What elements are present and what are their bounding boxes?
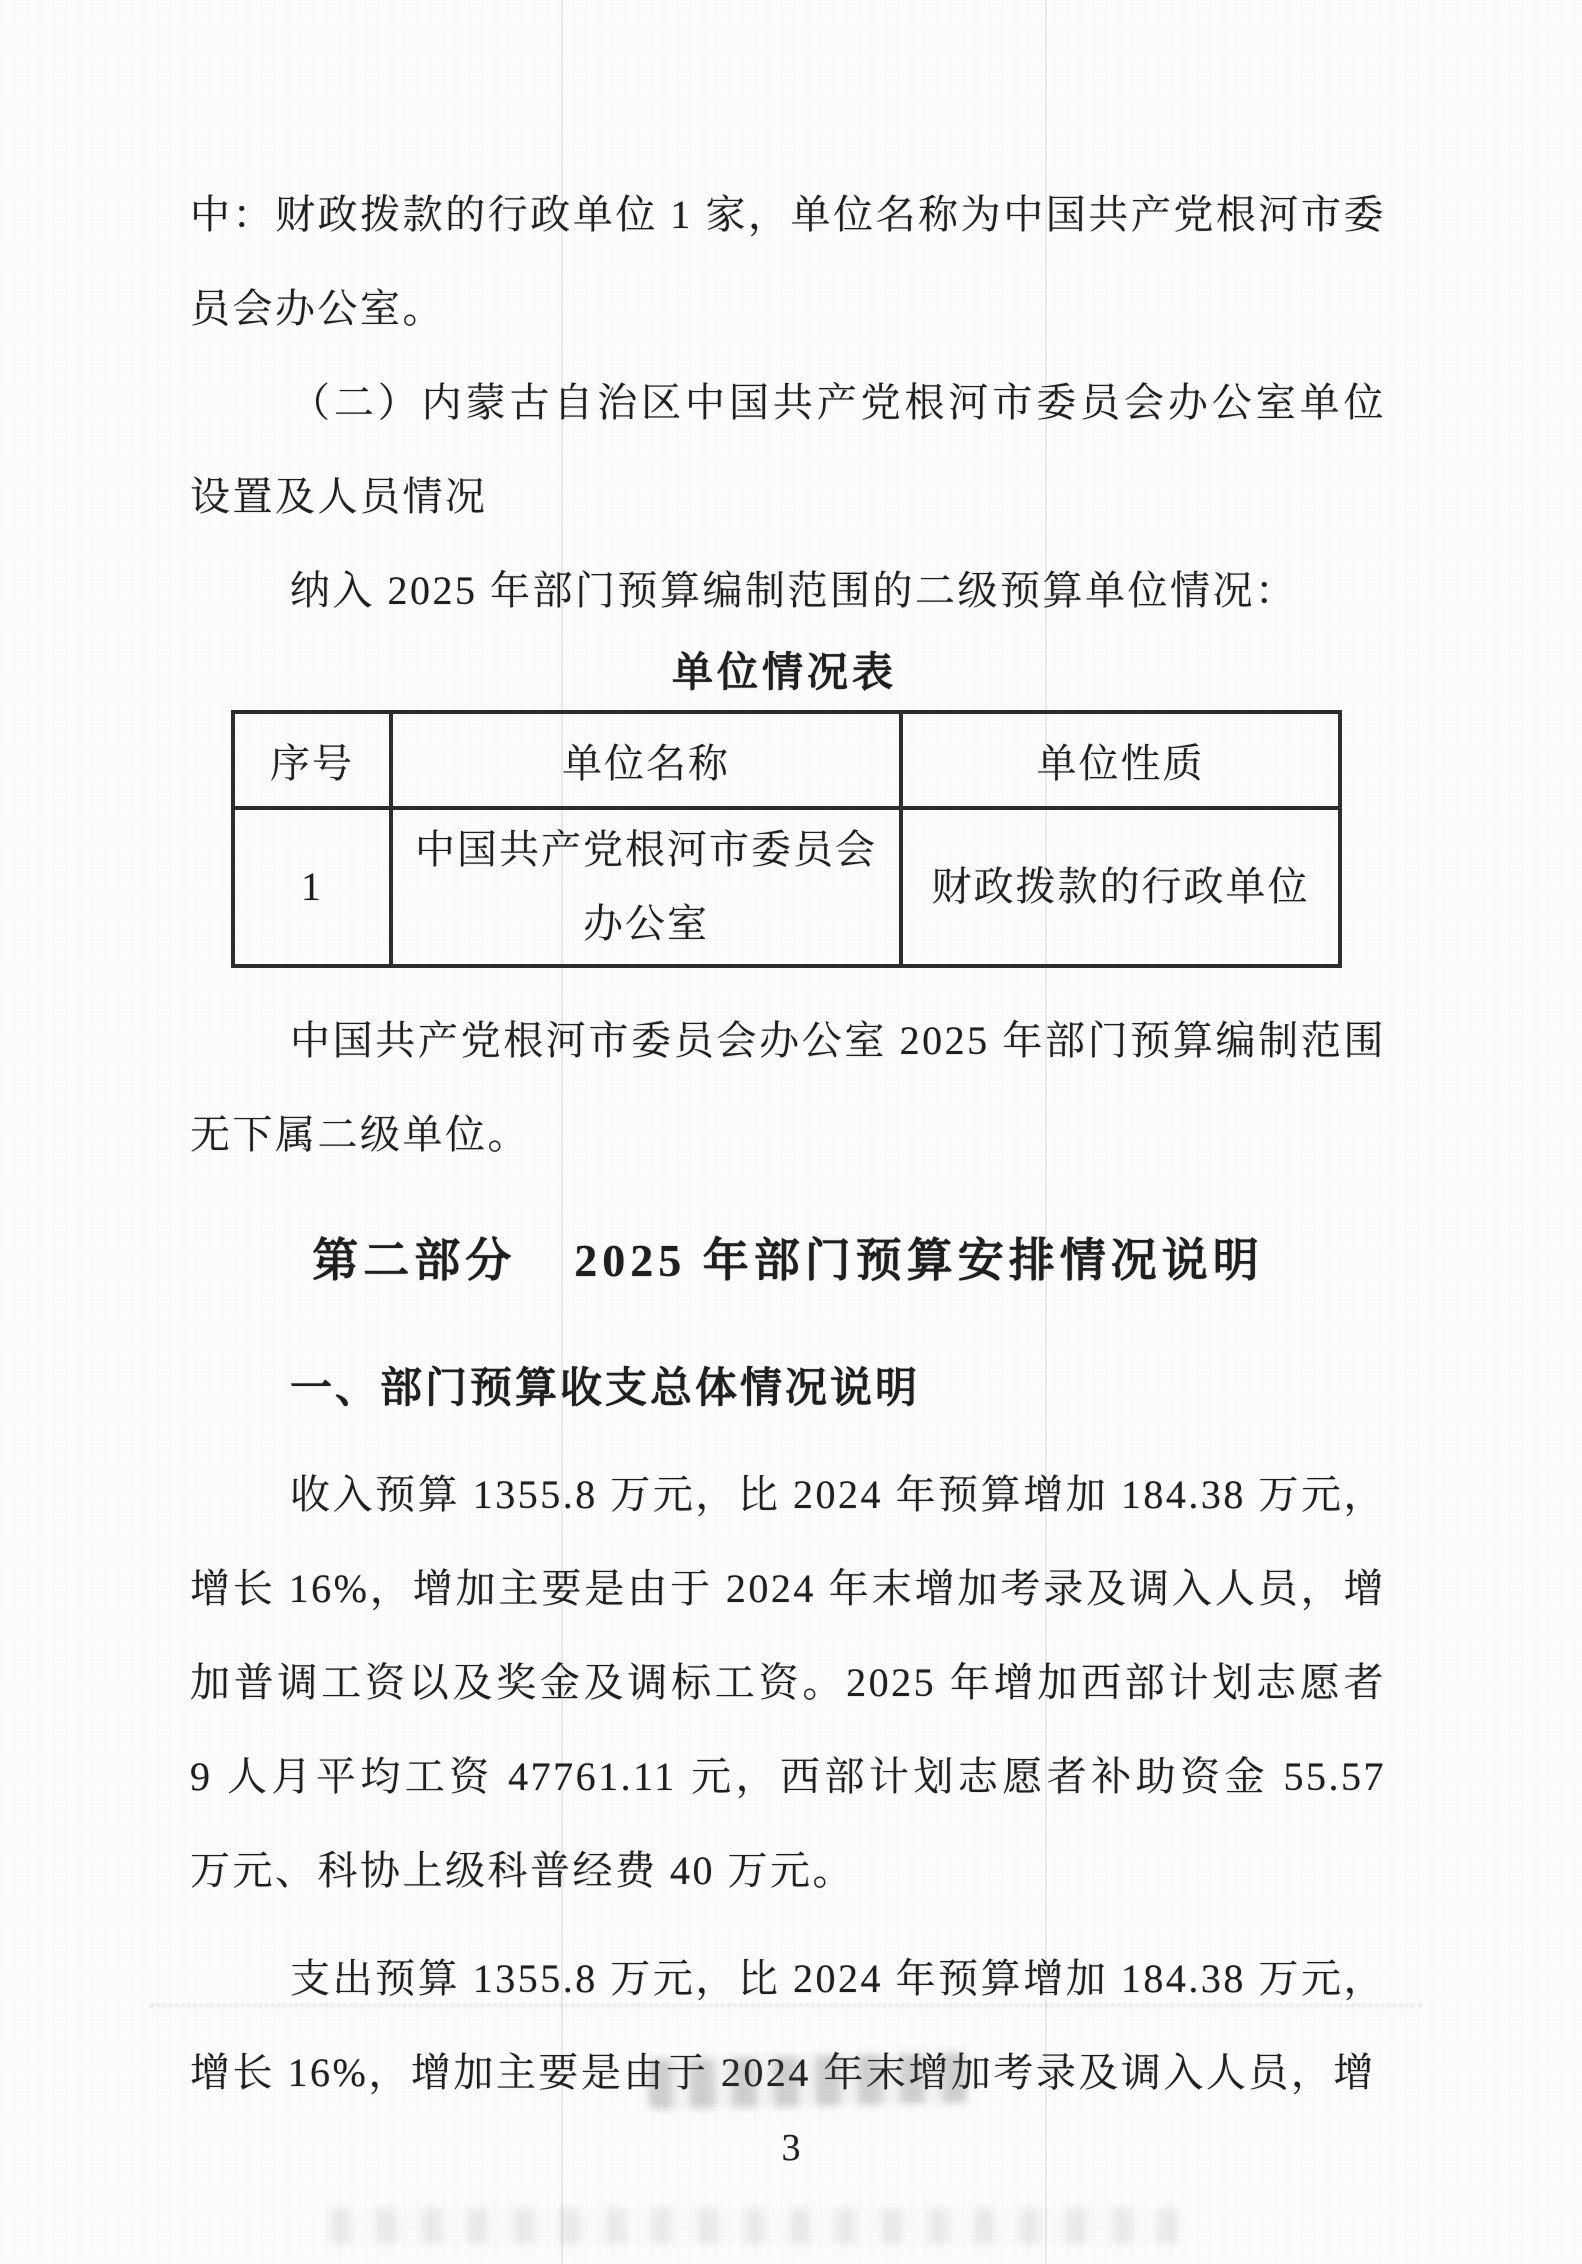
unit-table-header-name: 单位名称 bbox=[391, 712, 901, 808]
unit-table: 序号 单位名称 单位性质 1 中国共产党根河市委员会办公室 财政拨款的行政单位 bbox=[231, 710, 1342, 968]
part-2-heading: 第二部分 2025 年部门预算安排情况说明 bbox=[190, 1228, 1386, 1294]
unit-table-caption: 单位情况表 bbox=[231, 644, 1338, 700]
part-2-label: 第二部分 bbox=[312, 1228, 516, 1294]
unit-table-cell-name: 中国共产党根河市委员会办公室 bbox=[391, 808, 901, 966]
unit-table-header-seq: 序号 bbox=[233, 712, 391, 808]
document-content: 中：财政拨款的行政单位 1 家，单位名称为中国共产党根河市委员会办公室。 （二）… bbox=[190, 168, 1386, 2120]
carryover-paragraph: 中：财政拨款的行政单位 1 家，单位名称为中国共产党根河市委员会办公室。 bbox=[190, 168, 1386, 356]
revenue-paragraph: 收入预算 1355.8 万元，比 2024 年预算增加 184.38 万元，增长… bbox=[190, 1448, 1386, 1918]
scan-bleedthrough-smudge-top bbox=[648, 2053, 969, 2110]
unit-table-header-nature: 单位性质 bbox=[901, 712, 1340, 808]
scan-bleedthrough-dotted-line bbox=[150, 2004, 1422, 2007]
part-2-title: 2025 年部门预算安排情况说明 bbox=[574, 1228, 1264, 1294]
unit-table-row: 1 中国共产党根河市委员会办公室 财政拨款的行政单位 bbox=[233, 808, 1340, 966]
scanned-document-page: 中：财政拨款的行政单位 1 家，单位名称为中国共产党根河市委员会办公室。 （二）… bbox=[0, 0, 1582, 2264]
unit-table-header-row: 序号 单位名称 单位性质 bbox=[233, 712, 1340, 808]
scan-bleedthrough-smudge-bottom bbox=[330, 2208, 1180, 2244]
section-2-heading-paragraph: （二）内蒙古自治区中国共产党根河市委员会办公室单位设置及人员情况 bbox=[190, 356, 1386, 544]
unit-table-cell-seq: 1 bbox=[233, 808, 391, 966]
page-number: 3 bbox=[0, 2126, 1582, 2170]
unit-table-cell-nature: 财政拨款的行政单位 bbox=[901, 808, 1340, 966]
section-overview-heading: 一、部门预算收支总体情况说明 bbox=[190, 1358, 1386, 1418]
table-intro-paragraph: 纳入 2025 年部门预算编制范围的二级预算单位情况： bbox=[190, 544, 1386, 638]
no-subordinate-paragraph: 中国共产党根河市委员会办公室 2025 年部门预算编制范围无下属二级单位。 bbox=[190, 994, 1386, 1182]
